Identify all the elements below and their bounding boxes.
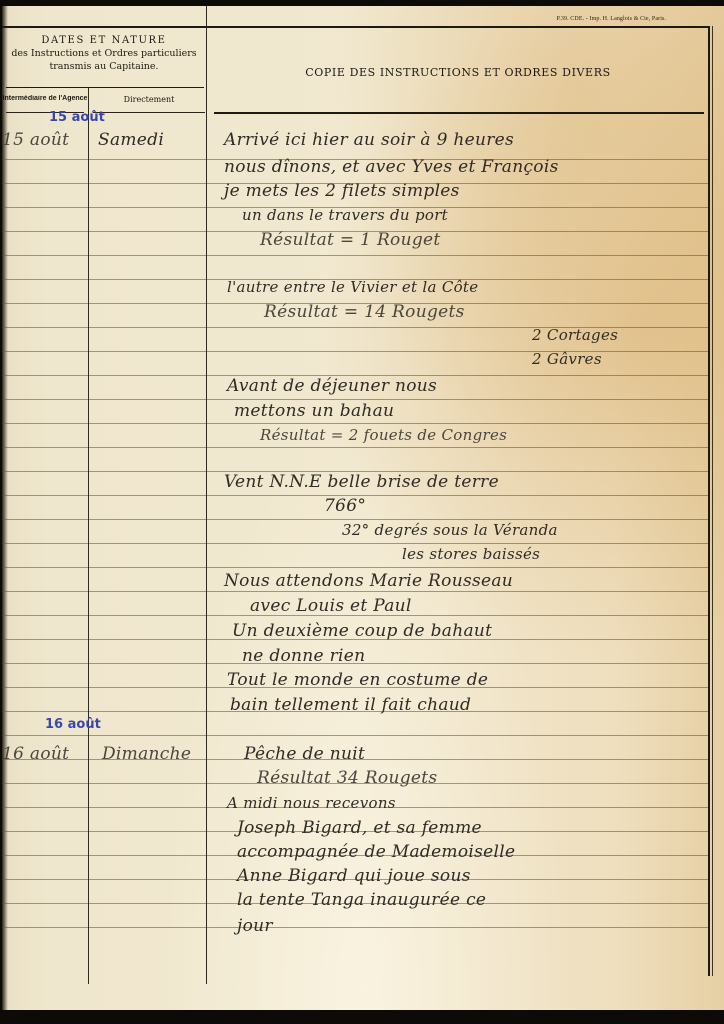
entry-line: un dans le travers du port [242, 206, 448, 224]
entry-line: mettons un bahau [234, 401, 394, 421]
entry-line: Pêche de nuit [244, 744, 365, 764]
entry-line: avec Louis et Paul [250, 596, 412, 616]
header-underline [214, 112, 704, 114]
ledger-page: P.39. CDE. - Imp. H. Langlois & Cie, Par… [2, 6, 724, 1010]
entry-line: 32° degrés sous la Véranda [342, 521, 558, 539]
entry-line: Arrivé ici hier au soir à 9 heures [224, 130, 514, 150]
sub-header-agency: Intermédiaire de l'Agence [2, 95, 88, 102]
entry-line: 766° [324, 496, 366, 516]
header-brace-divider [6, 87, 204, 88]
right-border-rule [708, 26, 710, 976]
column-divider [206, 6, 207, 984]
entry-line: jour [237, 916, 273, 936]
entry-line: Joseph Bigard, et sa femme [237, 818, 482, 838]
printer-mark: P.39. CDE. - Imp. H. Langlois & Cie, Par… [557, 16, 666, 22]
entry-line: accompagnée de Mademoiselle [237, 842, 515, 862]
entry-date: 15 août [2, 130, 69, 150]
left-header-subtitle-2: transmis au Capitaine. [2, 60, 206, 73]
entry-line: Résultat 34 Rougets [257, 768, 437, 788]
entry-line: Vent N.N.E belle brise de terre [224, 472, 499, 492]
entry-line: 2 Gâvres [532, 350, 602, 368]
date-annotation: 15 août [49, 110, 105, 125]
entry-line: Un deuxième coup de bahaut [232, 621, 492, 641]
entry-line: A midi nous recevons [227, 794, 396, 812]
entry-line: Anne Bigard qui joue sous [237, 866, 471, 886]
entry-line: je mets les 2 filets simples [224, 181, 460, 201]
entry-line: bain tellement il fait chaud [230, 695, 471, 715]
left-header-title: DATES ET NATURE [2, 34, 206, 47]
entry-line: nous dînons, et avec Yves et François [224, 157, 559, 177]
header-underline [93, 112, 205, 113]
entry-line: Tout le monde en costume de [227, 670, 488, 690]
entry-line: Résultat = 1 Rouget [260, 230, 441, 250]
date-annotation: 16 août [45, 717, 101, 732]
entry-line: ne donne rien [242, 646, 365, 666]
entry-line: Résultat = 2 fouets de Congres [260, 426, 507, 444]
entry-line: Avant de déjeuner nous [227, 376, 437, 396]
entry-day: Dimanche [102, 744, 191, 764]
entry-line: Nous attendons Marie Rousseau [224, 571, 513, 591]
top-border-rule [2, 26, 710, 28]
left-column-header: DATES ET NATURE des Instructions et Ordr… [2, 34, 206, 73]
entry-day: Samedi [98, 130, 164, 150]
left-header-subtitle-1: des Instructions et Ordres particuliers [2, 47, 206, 60]
entry-line: 2 Cortages [532, 326, 618, 344]
entry-line: l'autre entre le Vivier et la Côte [227, 278, 478, 296]
entry-line: Résultat = 14 Rougets [264, 302, 465, 322]
entry-line: la tente Tanga inaugurée ce [237, 890, 486, 910]
entry-line: les stores baissés [402, 545, 540, 563]
right-border-rule-inner [712, 26, 713, 976]
right-column-header: COPIE DES INSTRUCTIONS ET ORDRES DIVERS [208, 66, 708, 79]
entry-date: 16 août [2, 744, 69, 764]
sub-header-direct: Directement [92, 95, 206, 104]
column-divider [88, 88, 89, 984]
